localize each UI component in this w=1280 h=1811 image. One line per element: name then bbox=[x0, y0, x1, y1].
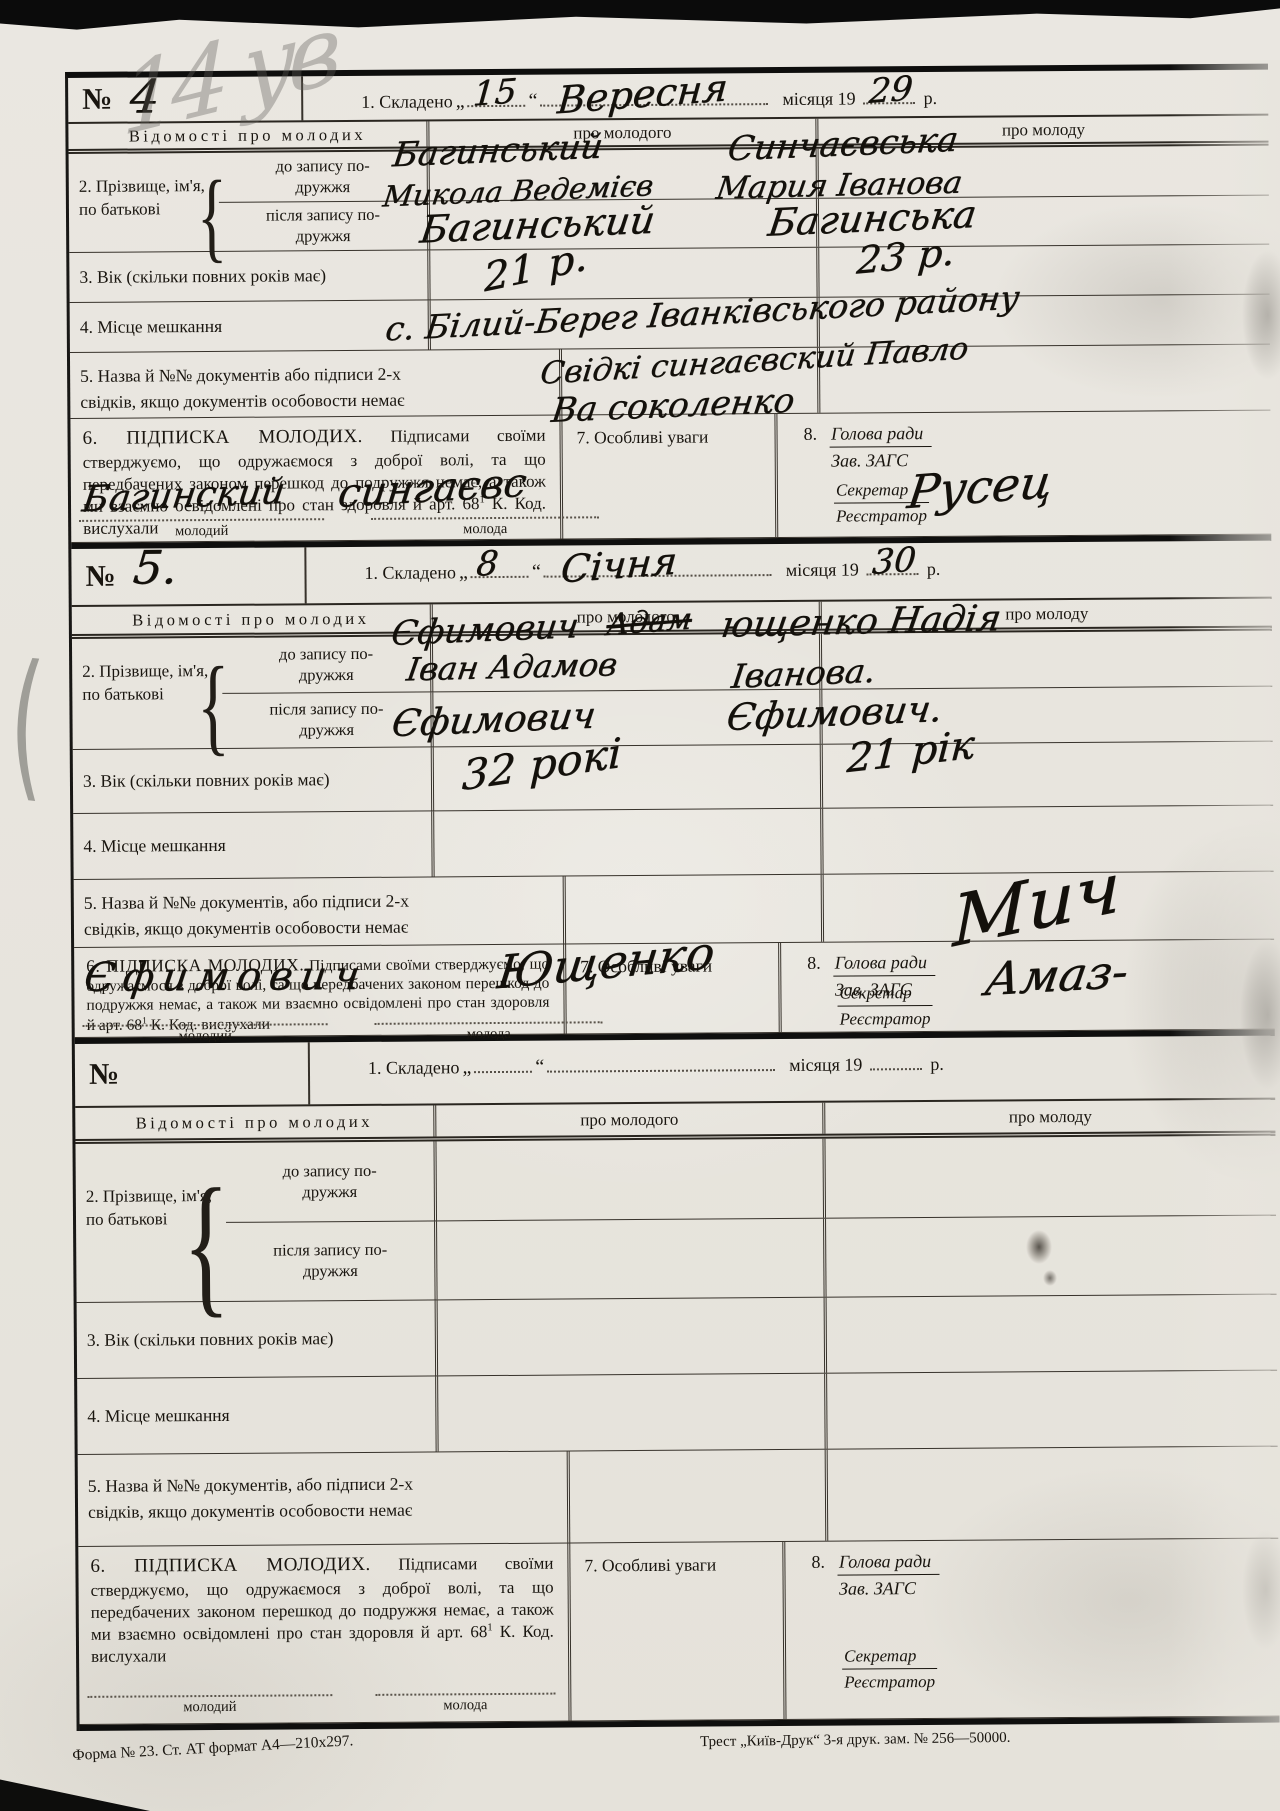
year-suffix-label: р. bbox=[927, 559, 941, 580]
curly-brace-glyph: { bbox=[197, 148, 228, 284]
month-prefix-label: місяця 19 bbox=[782, 88, 855, 110]
handwritten-bride-surname-before: ющенко Надія bbox=[718, 598, 1003, 646]
secretary-label: Секретар bbox=[837, 983, 932, 1007]
surname-row: 2. Прізвище, ім'я, по батькові { до запи… bbox=[69, 146, 1270, 253]
marriage-record-4: № 4 1. Складено „ 15 “ Вересня місяця 19… bbox=[68, 70, 1271, 549]
bride-surname-before-cell bbox=[825, 1136, 1276, 1218]
month-prefix-label: місяця 19 bbox=[786, 559, 859, 581]
age-row: 3. Вік (скільки повних років має) bbox=[77, 1295, 1278, 1379]
before-label-line1: до запису по- bbox=[283, 1161, 377, 1182]
council-head-label: Голова ради bbox=[837, 1551, 939, 1576]
after-label-line2: дружжя bbox=[299, 720, 354, 741]
handwritten-month: Січня bbox=[559, 539, 679, 592]
groom-signature-line: молодий bbox=[87, 1694, 332, 1698]
paper-hole bbox=[1026, 1230, 1052, 1264]
col-header-info: Відомості про молодих bbox=[75, 1111, 433, 1133]
oath-text: 6. ПІДПИСКА МОЛОДИХ. Підписами своїми ст… bbox=[90, 1552, 554, 1668]
open-quote: „ bbox=[462, 1056, 471, 1079]
surname-row: 2. Прізвище, ім'я, по батькові { до запи… bbox=[75, 1136, 1276, 1303]
registrar-label: Реєстратор bbox=[842, 1669, 937, 1693]
secretary-block: Секретар Реєстратор bbox=[842, 1646, 937, 1693]
residence-row-label: 4. Місце мешкання bbox=[73, 811, 431, 878]
before-label-line1: до запису по- bbox=[276, 156, 370, 177]
curly-brace-glyph: { bbox=[182, 1138, 230, 1351]
documents-label-line1: 5. Назва й №№ документів або підписи 2-х bbox=[80, 360, 559, 390]
surname-row: 2. Прізвище, ім'я, по батькові { до запи… bbox=[72, 631, 1273, 750]
before-label-line2: дружжя bbox=[295, 177, 350, 198]
documents-row-label: 5. Назва й №№ документів, або підписи 2-… bbox=[78, 1452, 571, 1546]
groom-signature: Багинский bbox=[80, 471, 288, 520]
after-label-line2: дружжя bbox=[303, 1261, 358, 1282]
officials-number-label: 8. bbox=[803, 424, 817, 472]
documents-row-label: 5. Назва й №№ документів, або підписи 2-… bbox=[74, 877, 566, 947]
close-quote: “ bbox=[535, 1056, 544, 1079]
age-row: 3. Вік (скільки повних років має) bbox=[73, 742, 1273, 814]
surname-row-label: 2. Прізвище, ім'я, по батькові { bbox=[72, 638, 223, 749]
col-header-groom: про молодого bbox=[433, 1103, 825, 1137]
before-label-line2: дружжя bbox=[302, 1181, 357, 1202]
documents-row: 5. Назва й №№ документів, або підписи 2-… bbox=[78, 1447, 1279, 1547]
registrar-label: Реєстратор bbox=[838, 1006, 933, 1030]
special-notes-cell: 7. Особливі уваги bbox=[570, 1542, 786, 1720]
council-head-block: 8. Голова ради Зав. ЗАГС bbox=[785, 1539, 1278, 1600]
year-fill-line bbox=[870, 1050, 922, 1070]
oath-heading: 6. ПІДПИСКА МОЛОДИХ. bbox=[90, 1554, 370, 1577]
documents-groom-cell bbox=[570, 1450, 829, 1543]
surname-subrows: до запису по- дружжя після запису по- др… bbox=[225, 1136, 1276, 1301]
composed-label: 1. Складено bbox=[364, 562, 456, 584]
year-fill-line: 29 bbox=[863, 84, 915, 104]
record-number-cell: № 5. bbox=[71, 547, 306, 605]
year-suffix-label: р. bbox=[930, 1054, 944, 1075]
groom-signature-label: молодий bbox=[175, 523, 228, 540]
before-marriage-label: до запису по- дружжя bbox=[225, 1141, 434, 1221]
documents-label-line1: 5. Назва й №№ документів, або підписи 2-… bbox=[84, 887, 563, 917]
day-fill-line: 8 bbox=[471, 558, 529, 578]
handwritten-month: Вересня bbox=[556, 66, 730, 123]
zags-manager-label: Зав. ЗАГС bbox=[837, 1575, 939, 1600]
scanned-page: 14 ув ( № 4 1. Складено „ 15 “ Вересня м… bbox=[0, 0, 1280, 1811]
marriage-record-5: № 5. 1. Складено „ 8 “ Січня місяця 19 3… bbox=[71, 541, 1274, 1044]
month-fill-line bbox=[547, 1051, 775, 1073]
age-row-label: 3. Вік (скільки повних років має) bbox=[73, 747, 431, 812]
handwritten-groom-name-patronymic: Іван Адамов bbox=[404, 645, 620, 688]
oath-row: 6. ПІДПИСКА МОЛОДИХ. Підписами своїми ст… bbox=[78, 1539, 1279, 1725]
documents-label-line2: свідків, якщо документів особовости нема… bbox=[80, 386, 559, 416]
torn-bottom-corner bbox=[0, 1769, 150, 1811]
residence-row-label: 4. Місце мешкання bbox=[70, 300, 428, 351]
composed-date-line: 1. Складено „ 15 “ Вересня місяця 19 29 … bbox=[303, 70, 1268, 121]
before-marriage-subrow: до запису по- дружжя bbox=[225, 1136, 1276, 1223]
documents-label-line1: 5. Назва й №№ документів, або підписи 2-… bbox=[88, 1470, 567, 1500]
composed-label: 1. Складено bbox=[361, 91, 453, 113]
before-label-line2: дружжя bbox=[299, 664, 354, 685]
pencil-margin-brace: ( bbox=[7, 628, 47, 818]
composed-date-line: 1. Складено „ 8 “ Січня місяця 19 30 р. bbox=[306, 541, 1271, 604]
open-quote: „ bbox=[456, 90, 465, 113]
open-quote: „ bbox=[459, 561, 468, 584]
after-label-line1: після запису по- bbox=[269, 699, 383, 720]
groom-residence-cell bbox=[435, 1374, 828, 1452]
record-number-cell: № bbox=[75, 1042, 310, 1106]
handwritten-bride-name-patronymic: Іванова. bbox=[729, 651, 878, 696]
documents-row-label: 5. Назва й №№ документів або підписи 2-х… bbox=[70, 350, 562, 418]
documents-bride-cell bbox=[828, 1447, 1279, 1541]
record-title-row: № 5. 1. Складено „ 8 “ Січня місяця 19 3… bbox=[71, 541, 1271, 607]
record-title-row: № 1. Складено „ “ місяця 19 р. bbox=[75, 1036, 1275, 1108]
residence-row: 4. Місце мешкання bbox=[77, 1371, 1278, 1455]
close-quote: “ bbox=[532, 561, 541, 584]
handwritten-record-number: 5. bbox=[131, 540, 180, 594]
handwritten-year: 30 bbox=[871, 540, 918, 583]
secretary-block: Секретар Реєстратор bbox=[837, 983, 932, 1030]
documents-label-line2: свідків, якщо документів особовости нема… bbox=[84, 913, 563, 943]
col-header-info: Відомості про молодих bbox=[72, 608, 430, 630]
number-sign-label: № bbox=[89, 1058, 119, 1092]
after-marriage-subrow: після запису по- дружжя bbox=[226, 1216, 1277, 1301]
after-label-line2: дружжя bbox=[296, 226, 351, 247]
col-header-bride: про молоду bbox=[825, 1105, 1275, 1128]
after-label-line1: після запису по- bbox=[266, 205, 380, 226]
after-marriage-label: після запису по- дружжя bbox=[226, 1221, 435, 1300]
close-quote: “ bbox=[529, 90, 538, 113]
special-notes-cell: 7. Особливі уваги bbox=[562, 414, 778, 538]
secretary-label: Секретар bbox=[842, 1646, 937, 1670]
handwritten-year: 29 bbox=[868, 69, 915, 112]
number-sign-label: № bbox=[82, 83, 112, 117]
composed-date-line: 1. Складено „ “ місяця 19 р. bbox=[310, 1036, 1275, 1105]
year-fill-line: 30 bbox=[867, 555, 919, 575]
council-head-label: Голова ради bbox=[829, 423, 931, 448]
curly-brace-glyph: { bbox=[197, 632, 230, 780]
age-row: 3. Вік (скільки повних років має) bbox=[69, 245, 1269, 303]
oath-heading: 6. ПІДПИСКА МОЛОДИХ. bbox=[82, 426, 362, 449]
handwritten-day: 8 bbox=[475, 543, 500, 585]
residence-row-label: 4. Місце мешкання bbox=[77, 1376, 436, 1453]
groom-surname-before-cell bbox=[433, 1139, 826, 1221]
bride-signature-line: молода bbox=[375, 1693, 555, 1696]
year-suffix-label: р. bbox=[924, 88, 938, 109]
before-label-line1: до запису по- bbox=[279, 644, 373, 665]
printing-house-footer: Трест „Київ-Друк“ 3-я друк. зам. № 256—5… bbox=[700, 1730, 1011, 1751]
marriage-record-blank: № 1. Складено „ “ місяця 19 р. Відомості… bbox=[75, 1036, 1280, 1731]
groom-signature-label: молодий bbox=[183, 1699, 236, 1716]
bride-residence-cell bbox=[827, 1371, 1278, 1449]
officials-number-label: 8. bbox=[807, 953, 821, 1001]
age-row-label: 3. Вік (скільки повних років має) bbox=[69, 250, 427, 301]
groom-surname-after-cell bbox=[434, 1219, 827, 1300]
bride-signature-label: молода bbox=[463, 521, 507, 538]
age-row-label: 3. Вік (скільки повних років має) bbox=[77, 1300, 436, 1377]
day-fill-line: 15 bbox=[468, 87, 526, 107]
bride-signature-label: молода bbox=[443, 1697, 487, 1714]
composed-label: 1. Складено bbox=[368, 1057, 460, 1079]
handwritten-day: 15 bbox=[472, 71, 519, 114]
oath-cell: 6. ПІДПИСКА МОЛОДИХ. Підписами своїми ст… bbox=[78, 1544, 571, 1724]
month-fill-line: Січня bbox=[544, 556, 772, 578]
groom-age-cell bbox=[435, 1298, 828, 1376]
month-fill-line: Вересня bbox=[540, 85, 768, 107]
documents-label-line2: свідків, якщо документів особовости нема… bbox=[88, 1496, 567, 1526]
officials-cell: 8. Голова ради Зав. ЗАГС Секретар Реєстр… bbox=[785, 1539, 1279, 1719]
registration-form-table: № 4 1. Складено „ 15 “ Вересня місяця 19… bbox=[65, 64, 1280, 1731]
form-number-footer: Форма № 23. Ст. АТ формат А4—210x297. bbox=[72, 1732, 354, 1765]
surname-row-label: 2. Прізвище, ім'я, по батькові { bbox=[75, 1143, 226, 1302]
council-head-label: Голова ради bbox=[833, 952, 935, 977]
surname-row-label: 2. Прізвище, ім'я, по батькові { bbox=[69, 153, 220, 252]
after-label-line1: після запису по- bbox=[273, 1240, 387, 1261]
number-sign-label: № bbox=[85, 560, 115, 594]
officials-number-label: 8. bbox=[811, 1552, 825, 1600]
day-fill-line bbox=[474, 1053, 532, 1073]
bride-age-cell bbox=[827, 1295, 1278, 1373]
month-prefix-label: місяця 19 bbox=[789, 1054, 862, 1076]
groom-residence-cell bbox=[431, 809, 823, 877]
handwritten-crossed-out-name: Адам bbox=[605, 602, 694, 643]
groom-signature: Єфимович bbox=[81, 953, 370, 1001]
council-head-stack: Голова ради Зав. ЗАГС bbox=[837, 1551, 940, 1600]
paper-hole bbox=[1043, 1270, 1057, 1286]
secretary-signature: Амаз- bbox=[982, 944, 1133, 1006]
